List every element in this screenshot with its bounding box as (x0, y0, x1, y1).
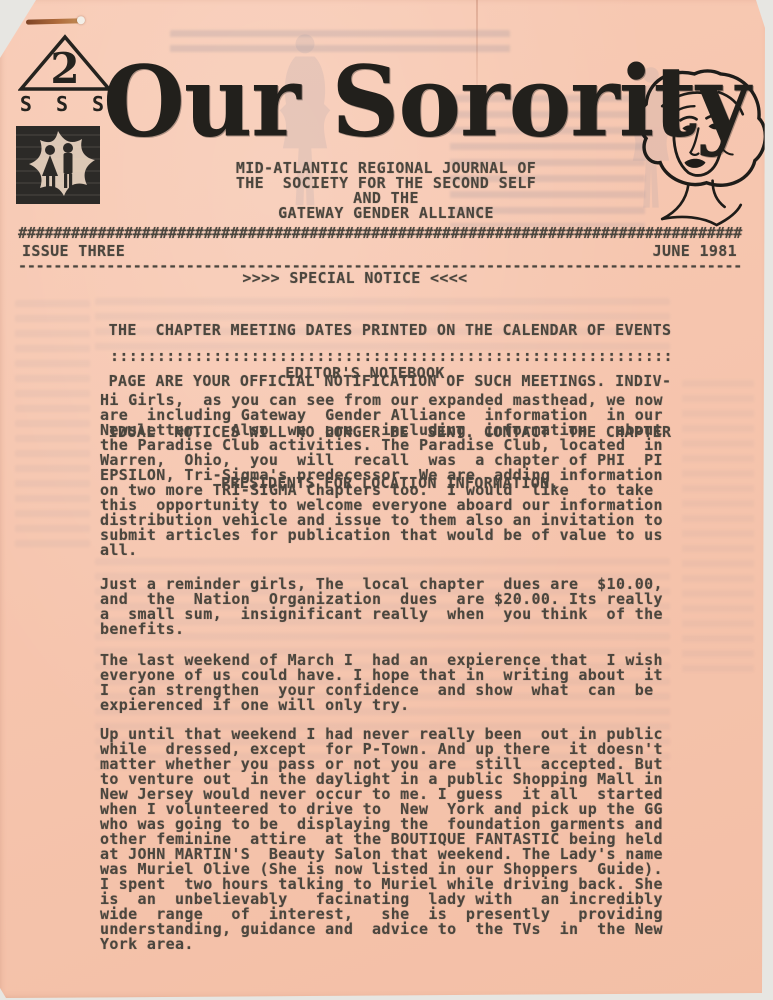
colon-divider: ::::::::::::::::::::::::::::::::::::::::… (110, 349, 673, 364)
editor-paragraph: Up until that weekend I had never really… (100, 727, 663, 952)
subtitle-line: GATEWAY GENDER ALLIANCE (204, 206, 568, 221)
society-emblem-icon (16, 126, 100, 204)
tri-sigma-chapter-badge: 2 S S S (18, 34, 112, 114)
editor-paragraph: The last weekend of March I had an expie… (100, 653, 663, 713)
newsletter-page: 2 S S S Our Sorority MID-ATLANTIC REGION… (0, 0, 773, 1000)
special-notice-line: THE CHAPTER MEETING DATES PRINTED ON THE… (108, 322, 672, 339)
bleedthrough-text-block (15, 300, 90, 550)
editor-paragraph: Just a reminder girls, The local chapter… (100, 577, 663, 637)
editors-notebook-heading: EDITOR'S NOTEBOOK (85, 366, 645, 381)
staple (26, 18, 80, 24)
masthead-subtitle: MID-ATLANTIC REGIONAL JOURNAL OF THE SOC… (204, 161, 568, 221)
scan-background: { "masthead": { "badge_number": "2", "ba… (0, 0, 773, 1000)
chapter-number: 2 (50, 44, 79, 93)
special-notice-heading: >>>> SPECIAL NOTICE <<<< (75, 271, 635, 286)
masthead-title: Our Sorority (103, 50, 750, 154)
bleedthrough-text-block (682, 380, 754, 680)
editor-paragraph: Hi Girls, as you can see from our expand… (100, 393, 663, 558)
sss-letters: S S S (20, 92, 110, 114)
